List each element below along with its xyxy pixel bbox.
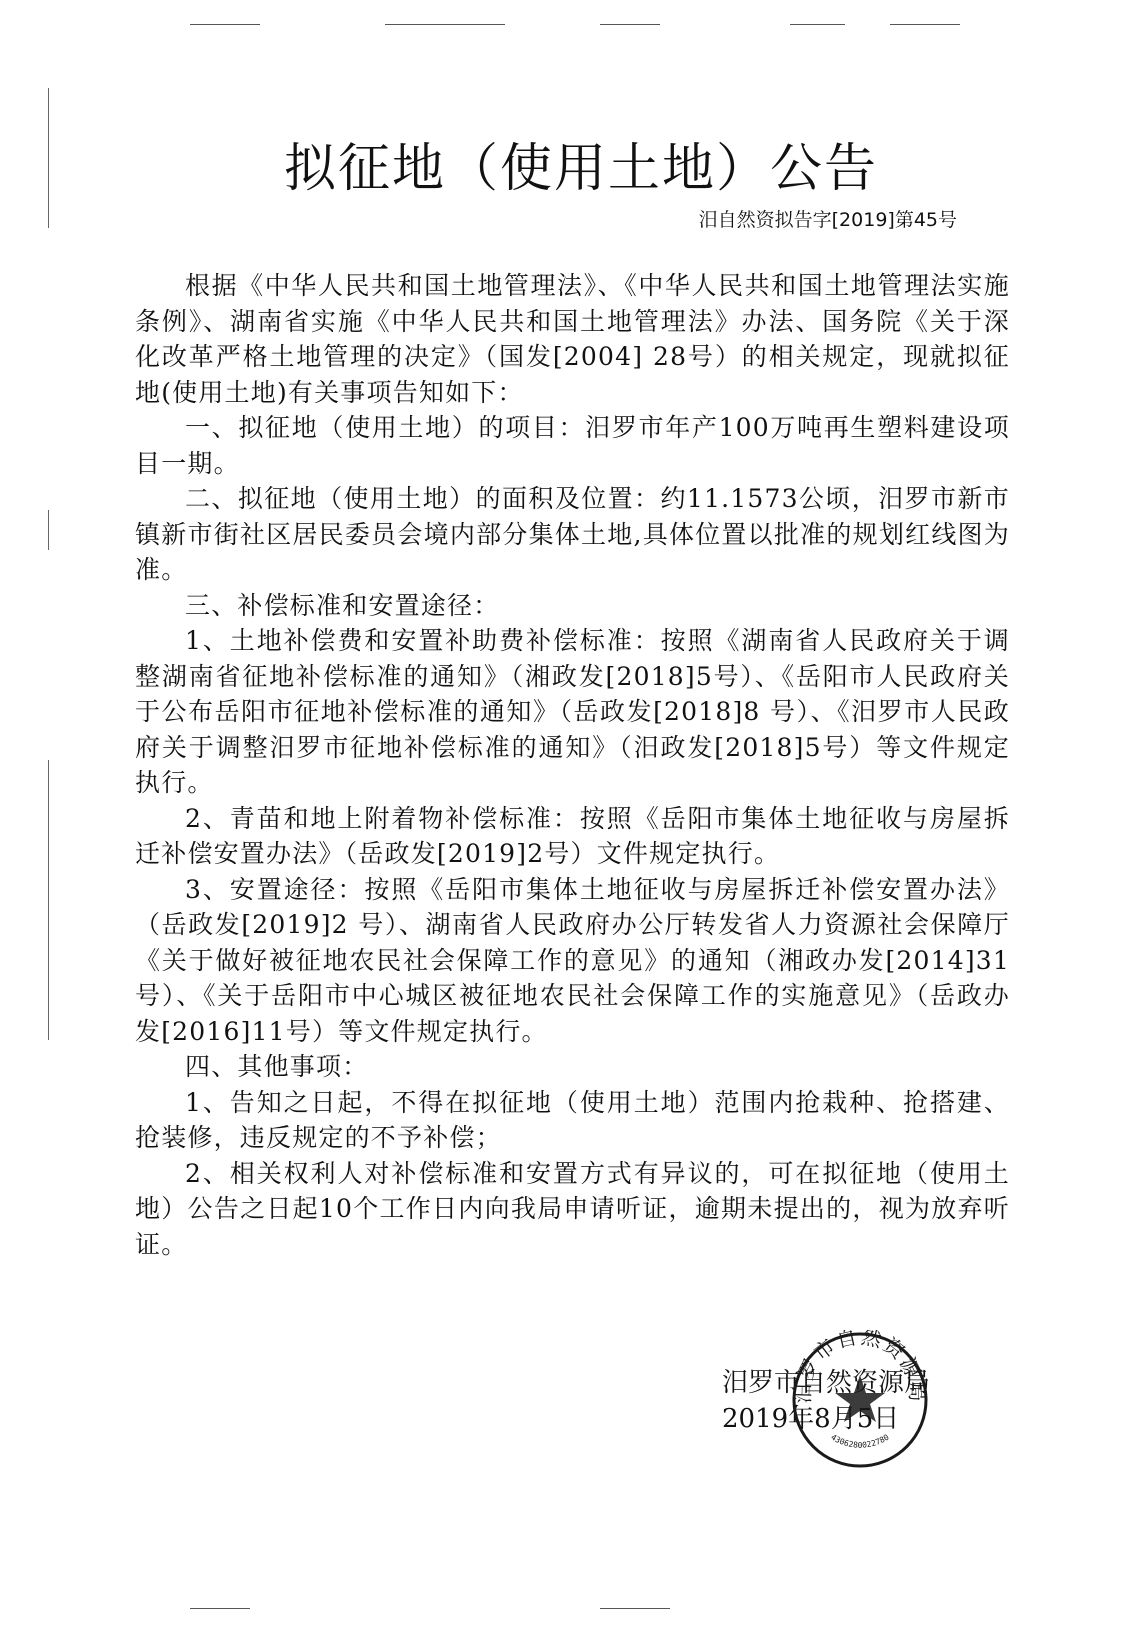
scan-artifact-line (600, 24, 660, 25)
scan-artifact-line (790, 24, 845, 25)
scan-artifact-line (385, 24, 505, 25)
document-number: 汨自然资拟告字[2019]第45号 (699, 205, 957, 232)
paragraph-land-compensation: 1、土地补偿费和安置补助费补偿标准：按照《湖南省人民政府关于调整湖南省征地补偿标… (135, 623, 1010, 801)
scan-artifact-line (190, 24, 260, 25)
seal-code: 4306280022780 (829, 1433, 891, 1450)
section-heading-other: 四、其他事项： (135, 1049, 1010, 1085)
paragraph-preamble: 根据《中华人民共和国土地管理法》、《中华人民共和国土地管理法实施条例》、湖南省实… (135, 268, 1010, 410)
svg-text:4306280022780: 4306280022780 (829, 1433, 891, 1450)
official-seal-icon: 汨罗市自然资源局 4306280022780 (790, 1330, 930, 1470)
scan-artifact-line (890, 24, 960, 25)
paragraph-crops-compensation: 2、青苗和地上附着物补偿标准：按照《岳阳市集体土地征收与房屋拆迁补偿安置办法》（… (135, 801, 1010, 872)
scan-artifact-margin (48, 760, 49, 1040)
document-title: 拟征地（使用土地）公告 (0, 126, 1122, 201)
paragraph-project: 一、拟征地（使用土地）的项目：汨罗市年产100万吨再生塑料建设项目一期。 (135, 410, 1010, 481)
scan-artifact-line (600, 1608, 670, 1609)
scan-artifact-line (190, 1608, 250, 1609)
paragraph-prohibition: 1、告知之日起，不得在拟征地（使用土地）范围内抢栽种、抢搭建、抢装修，违反规定的… (135, 1085, 1010, 1156)
paragraph-resettlement: 3、安置途径：按照《岳阳市集体土地征收与房屋拆迁补偿安置办法》（岳政发[2019… (135, 872, 1010, 1050)
paragraph-area-location: 二、拟征地（使用土地）的面积及位置：约11.1573公顷，汨罗市新市镇新市街社区… (135, 481, 1010, 588)
section-heading-compensation: 三、补偿标准和安置途径： (135, 588, 1010, 624)
document-body: 根据《中华人民共和国土地管理法》、《中华人民共和国土地管理法实施条例》、湖南省实… (135, 268, 1010, 1262)
paragraph-hearing: 2、相关权利人对补偿标准和安置方式有异议的，可在拟征地（使用土地）公告之日起10… (135, 1156, 1010, 1263)
scan-artifact-margin (48, 510, 49, 550)
